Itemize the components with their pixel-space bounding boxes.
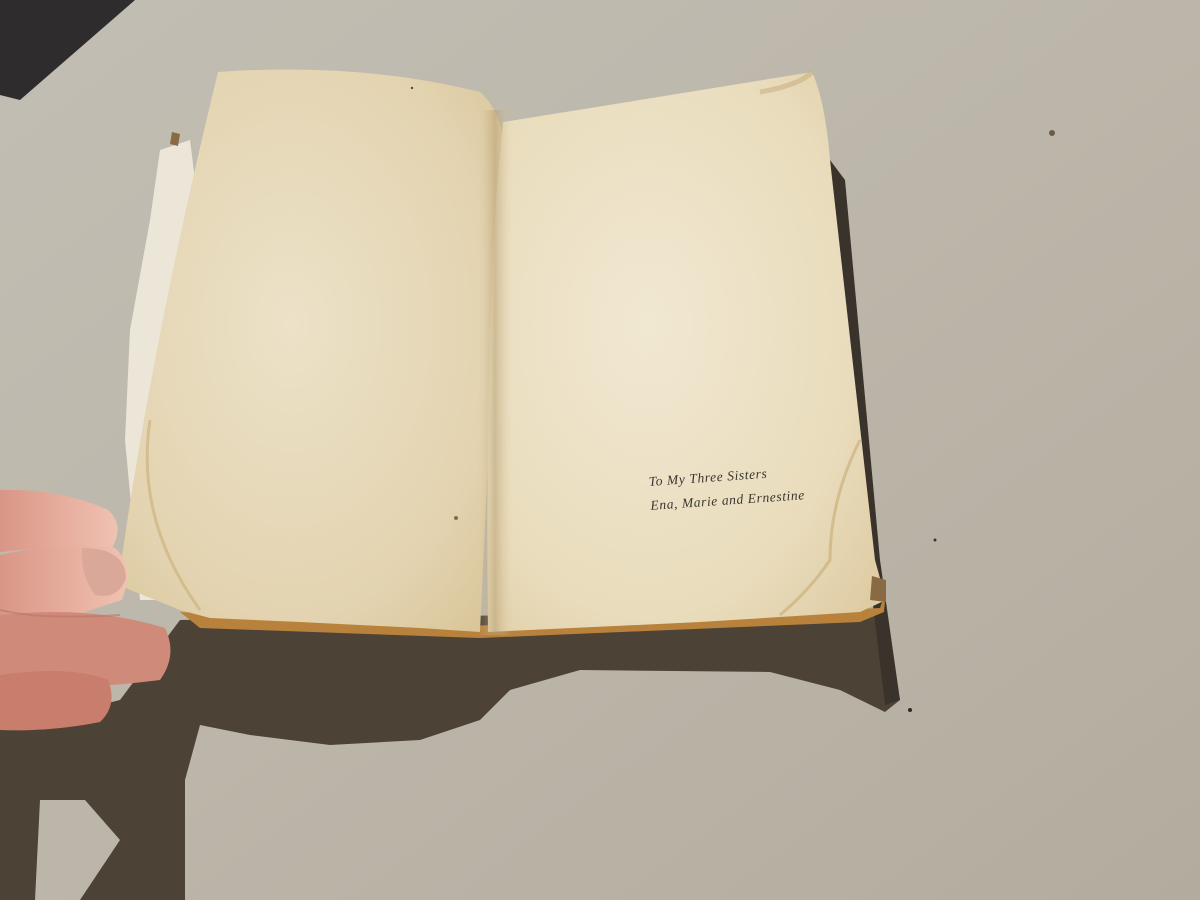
photo-scene: To My Three Sisters Ena, Marie and Ernes… (0, 0, 1200, 900)
gutter (478, 110, 512, 635)
torn-corner (870, 576, 886, 602)
right-page (487, 72, 886, 632)
scene-illustration (0, 0, 1200, 900)
